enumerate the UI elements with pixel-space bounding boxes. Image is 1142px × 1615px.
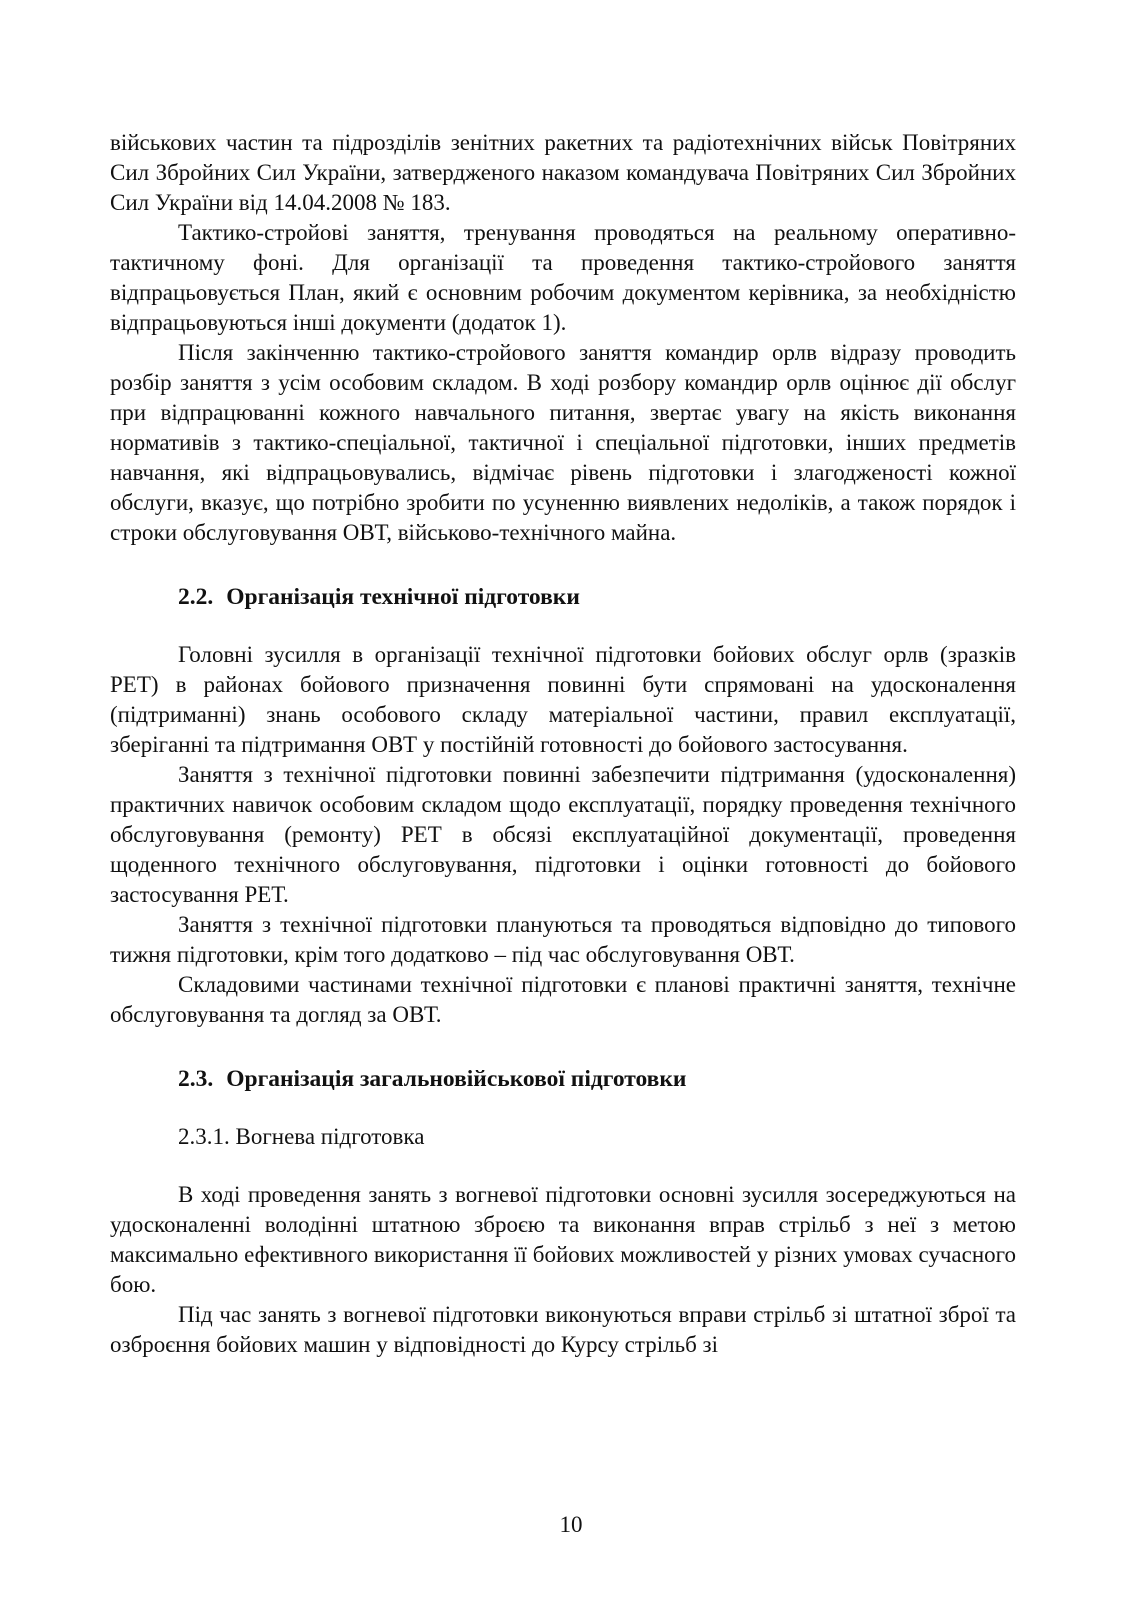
document-body: військових частин та підрозділів зенітни… xyxy=(110,128,1016,1360)
body-paragraph: В ході проведення занять з вогневої підг… xyxy=(110,1180,1016,1300)
body-paragraph: Головні зусилля в організації технічної … xyxy=(110,640,1016,760)
body-paragraph: Заняття з технічної підготовки повинні з… xyxy=(110,760,1016,910)
body-paragraph: Під час занять з вогневої підготовки вик… xyxy=(110,1300,1016,1360)
section-heading-2-2: 2.2.Організація технічної підготовки xyxy=(178,582,1016,612)
section-title: Організація загальновійськової підготовк… xyxy=(226,1066,686,1092)
page-number: 10 xyxy=(0,1510,1142,1540)
section-title: Організація технічної підготовки xyxy=(226,584,580,610)
body-paragraph: Тактико-стройові заняття, тренування про… xyxy=(110,218,1016,338)
body-paragraph: Заняття з технічної підготовки плануютьс… xyxy=(110,910,1016,970)
body-paragraph: військових частин та підрозділів зенітни… xyxy=(110,128,1016,218)
section-number: 2.3. xyxy=(178,1066,213,1092)
section-heading-2-3: 2.3.Організація загальновійськової підго… xyxy=(178,1064,1016,1094)
body-paragraph: Складовими частинами технічної підготовк… xyxy=(110,970,1016,1030)
document-page: військових частин та підрозділів зенітни… xyxy=(0,0,1142,1615)
subsection-heading-2-3-1: 2.3.1. Вогнева підготовка xyxy=(178,1122,1016,1152)
body-paragraph: Після закінченню тактико-стройового заня… xyxy=(110,338,1016,548)
section-number: 2.2. xyxy=(178,584,213,610)
